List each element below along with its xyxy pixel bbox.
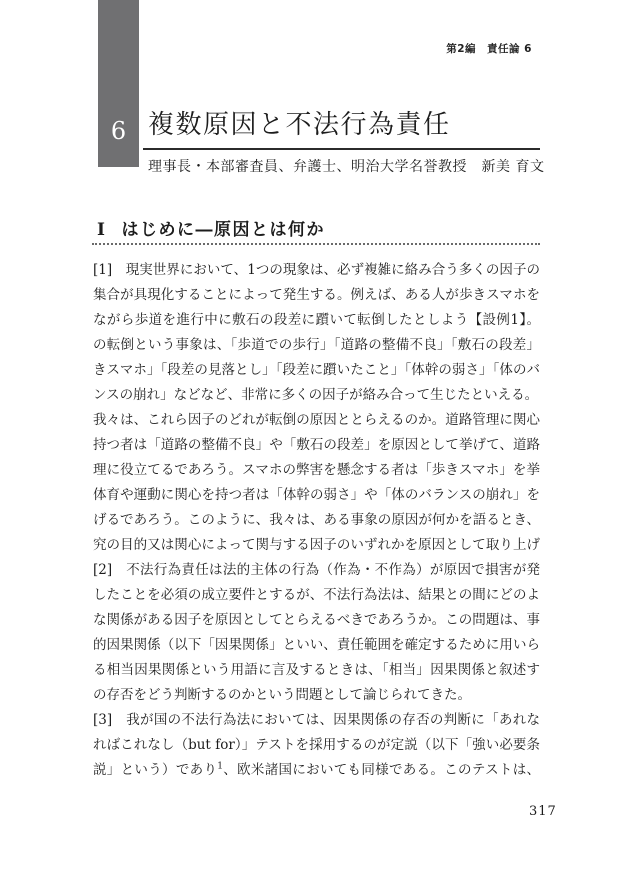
paragraph-line: な関係がある因子を原因としてとらえるべきであろうか。この問題は、事実 [93,608,540,633]
paragraph-line: 説」という）であり1、欧米諸国においても同様である。このテストは、論 [93,758,540,783]
dotted-divider [92,229,540,245]
author-line: 理事長・本部審査員、弁護士、明治大学名誉教授 新美 育文 [148,156,544,176]
paragraph-line: [3] 我が国の不法行為法においては、因果関係の存否の判断に「あれなけ [93,708,540,733]
paragraph-line: 我々は、これら因子のどれが転倒の原因ととらえるのか。道路管理に関心を [93,408,540,433]
paragraph-line: の存否をどう判断するのかという問題として論じられてきた。 [93,683,540,708]
paragraph-line: [1] 現実世界において、1つの現象は、必ず複雑に絡み合う多くの因子の [93,258,540,283]
paragraph-line: の転倒という事象は、「歩道での歩行」「道路の整備不良」「敷石の段差」「歩 [93,333,540,358]
title-divider [143,148,540,150]
paragraph-line: 集合が具現化することによって発生する。例えば、ある人が歩きスマホをし [93,283,540,308]
chapter-number: 6 [98,119,139,143]
paragraph-line: 体育や運動に関心を持つ者は「体幹の弱さ」や「体のバランスの崩れ」を挙 [93,483,540,508]
body-text: [1] 現実世界において、1つの現象は、必ず複雑に絡み合う多くの因子の 集合が具… [93,258,540,783]
book-page: 第2編 責任論 6 6 複数原因と不法行為責任 理事長・本部審査員、弁護士、明治… [0,0,618,873]
paragraph-line: 持つ者は「道路の整備不良」や「敷石の段差」を原因として挙げて、道路管 [93,433,540,458]
paragraph-line: 的因果関係（以下「因果関係」といい、責任範囲を確定するために用いられ [93,633,540,658]
paragraph-line: ンスの崩れ」などなど、非常に多くの因子が絡み合って生じたといえる。 [93,383,540,408]
paragraph-line: ればこれなし（but for）」テストを採用するのが定説（以下「強い必要条件 [93,733,540,758]
paragraph-line: 究の目的又は関心によって関与する因子のいずれかを原因として取り上げる。 [93,533,540,558]
paragraph-line: げるであろう。このように、我々は、ある事象の原因が何かを語るとき、探 [93,508,540,533]
paragraph-line: したことを必須の成立要件とするが、不法行為法は、結果との間にどのよう [93,583,540,608]
paragraph-line: きスマホ」「段差の見落とし」「段差に躓いたこと」「体幹の弱さ」「体のバラ [93,358,540,383]
running-header: 第2編 責任論 6 [446,41,532,56]
paragraph-line: ながら歩道を進行中に敷石の段差に躓いて転倒したとしよう【設例1】。こ [93,308,540,333]
chapter-tab: 6 [98,0,139,167]
paragraph-line: [2] 不法行為責任は法的主体の行為（作為・不作為）が原因で損害が発生 [93,558,540,583]
line-text-pre: 説」という）であり [93,762,217,778]
page-number: 317 [529,804,557,819]
page-title: 複数原因と不法行為責任 [148,104,451,141]
paragraph-line: る相当因果関係という用語に言及するときは、「相当」因果関係と叙述する） [93,658,540,683]
paragraph-line: 理に役立てるであろう。スマホの弊害を懸念する者は「歩きスマホ」を挙げ、 [93,458,540,483]
